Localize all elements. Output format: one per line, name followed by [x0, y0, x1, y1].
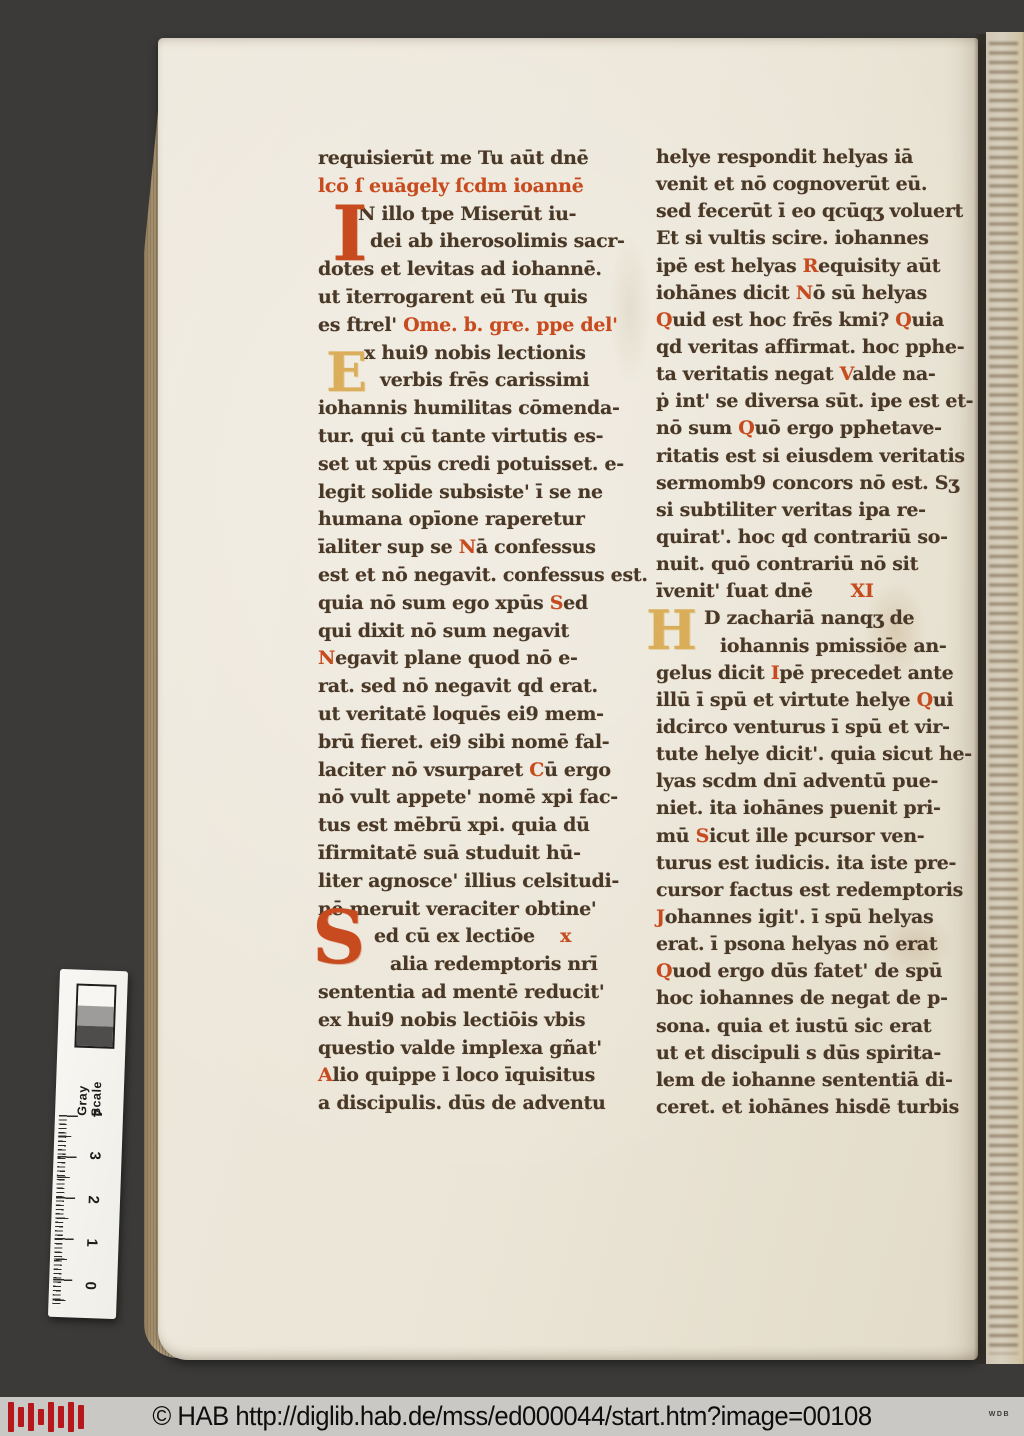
- manuscript-line: sententia ad mentē reducit': [318, 981, 654, 1009]
- manuscript-line: ut veritatē loquēs ei9 mem-: [318, 703, 654, 731]
- manuscript-line: ṗ int' se diversa sūt. ipe est et-: [656, 390, 980, 417]
- manuscript-line: iohānes dicit Nō sū helyas: [656, 282, 980, 309]
- manuscript-line: verbis frēs carissimi: [318, 369, 654, 397]
- manuscript-line: es ftrel' Ome. b. gre. ppe del': [318, 314, 654, 342]
- manuscript-line: tur. qui cū tante virtutis es-: [318, 425, 654, 453]
- manuscript-line: ipē est helyas Requisity aūt: [656, 255, 980, 282]
- manuscript-line: Quod ergo dūs fatet' de spū: [656, 960, 980, 987]
- ruler-number: 4: [87, 1108, 104, 1117]
- manuscript-line: cursor factus est redemptoris: [656, 879, 980, 906]
- ruler-cm-ticks: [52, 1115, 78, 1308]
- library-mark: WDB: [989, 1411, 1010, 1418]
- manuscript-line: helye respondit helyas iā: [656, 146, 980, 173]
- manuscript-line: quirat'. hoc qd contrariū so-: [656, 526, 980, 553]
- manuscript-line: N illo tpe Miserūt iu-: [318, 203, 654, 231]
- barcode-bar: [18, 1407, 24, 1427]
- ruler-ticks: [52, 1115, 79, 1308]
- manuscript-line: legit solide subsiste' ī se ne: [318, 481, 654, 509]
- manuscript-line: D zachariā nanqʒ de: [656, 607, 980, 634]
- ruler-number: 2: [84, 1195, 101, 1204]
- manuscript-line: nuit. quō contrariū nō sit: [656, 553, 980, 580]
- manuscript-line: īvenit' ſuat dnē XI: [656, 580, 980, 607]
- ruler-patch-white: [78, 986, 115, 1007]
- manuscript-line: a discipulis. dūs de adventu: [318, 1092, 654, 1120]
- barcode-bar: [8, 1402, 14, 1432]
- manuscript-line: ceret. et iohānes hisdē turbis: [656, 1096, 980, 1123]
- manuscript-line: Alio quippe ī loco īquisitus: [318, 1064, 654, 1092]
- manuscript-line: tus est mēbrū xpi. quia dū: [318, 814, 654, 842]
- manuscript-line: nō sum Quō ergo pphetave-: [656, 417, 980, 444]
- manuscript-line: si subtiliter veritas ipa re-: [656, 499, 980, 526]
- manuscript-line: ex hui9 nobis lectiōis vbis: [318, 1009, 654, 1037]
- manuscript-line: dotes et levitas ad iohannē.: [318, 258, 654, 286]
- page-gutter-shadow: [974, 34, 986, 1364]
- manuscript-line: hoc iohannes de negat de p-: [656, 987, 980, 1014]
- manuscript-line: brū fieret. ei9 sibi nomē fal-: [318, 731, 654, 759]
- manuscript-line: tute helye dicit'. quia sicut he-: [656, 743, 980, 770]
- manuscript-line: liter agnosce' illius celsitudi-: [318, 870, 654, 898]
- manuscript-line: ritatis est si eiusdem veritatis: [656, 445, 980, 472]
- manuscript-line: alia redemptoris nrī: [318, 953, 654, 981]
- digitized-manuscript-viewer: { "colors":{ "bg":"#3b3a38","band":"#c9c…: [0, 0, 1024, 1436]
- manuscript-line: ed cū ex lectiōe x: [318, 925, 654, 953]
- manuscript-line: ut et discipuli s dūs spirita-: [656, 1042, 980, 1069]
- right-text-column: helye respondit helyas iāvenit et nō cog…: [656, 146, 980, 1123]
- ruler-number: 3: [86, 1152, 103, 1161]
- manuscript-line: gelus dicit Ipē precedet ante: [656, 662, 980, 689]
- manuscript-line: rat. sed nō negavit qd erat.: [318, 675, 654, 703]
- manuscript-line: illū ī spū et virtute helye Qui: [656, 689, 980, 716]
- manuscript-line: lcō ſ euāgely ſcdm ioannē: [318, 175, 654, 203]
- manuscript-line: lem de iohanne sententiā di-: [656, 1069, 980, 1096]
- manuscript-line: īfirmitatē suā studuit hū-: [318, 842, 654, 870]
- manuscript-line: dei ab iherosolimis sacr-: [318, 230, 654, 258]
- manuscript-line: ut īterrogarent eū Tu quis: [318, 286, 654, 314]
- manuscript-line: questio valde implexa gñat': [318, 1037, 654, 1065]
- manuscript-line: lyas scdm dnī adventū pue-: [656, 770, 980, 797]
- copyright-caption: © HAB http://diglib.hab.de/mss/ed000044/…: [26, 1397, 999, 1436]
- manuscript-line: Quid est hoc frēs kmi? Quia: [656, 309, 980, 336]
- manuscript-line: sona. quia et iustū sic erat: [656, 1015, 980, 1042]
- manuscript-line: x hui9 nobis lectionis: [318, 342, 654, 370]
- ruler-gray-patches: [74, 984, 116, 1049]
- manuscript-line: Et si vultis scire. iohannes: [656, 227, 980, 254]
- ruler-patch-mid-gray: [77, 1006, 114, 1027]
- manuscript-line: Negavit plane quod nō e-: [318, 647, 654, 675]
- manuscript-line: Johannes igit'. ī spū helyas: [656, 906, 980, 933]
- manuscript-line: iohannis pmissiōe an-: [656, 635, 980, 662]
- manuscript-line: niet. ita iohānes puenit pri-: [656, 797, 980, 824]
- manuscript-line: humana opīone raperetur: [318, 508, 654, 536]
- facing-page-edge: [986, 32, 1024, 1364]
- manuscript-line: nō vult appete' nomē xpi fac-: [318, 786, 654, 814]
- manuscript-line: idcirco venturus ī spū et vir-: [656, 716, 980, 743]
- footer-band: © HAB http://diglib.hab.de/mss/ed000044/…: [0, 1397, 1024, 1436]
- manuscript-line: laciter nō vsurparet Cū ergo: [318, 759, 654, 787]
- manuscript-line: qd veritas affirmat. hoc pphe-: [656, 336, 980, 363]
- manuscript-line: qui dixit nō sum negavit: [318, 620, 654, 648]
- manuscript-line: quia nō sum ego xpūs Sed: [318, 592, 654, 620]
- manuscript-line: erat. ī psona helyas nō erat: [656, 933, 980, 960]
- manuscript-line: nē meruit veraciter obtine': [318, 898, 654, 926]
- manuscript-line: requisierūt me Tu aūt dnē: [318, 147, 654, 175]
- manuscript-line: sed fecerūt ī eo qcūqʒ voluert: [656, 200, 980, 227]
- manuscript-line: iohannis humilitas cōmenda-: [318, 397, 654, 425]
- manuscript-line: turus est iudicis. ita iste pre-: [656, 852, 980, 879]
- ruler-number: 0: [81, 1281, 98, 1290]
- gray-scale-ruler: Gray Scale 43210: [48, 969, 128, 1319]
- left-text-column: requisierūt me Tu aūt dnēlcō ſ euāgely ſ…: [318, 147, 654, 1120]
- manuscript-line: mū Sicut ille pcursor ven-: [656, 825, 980, 852]
- manuscript-line: ta veritatis negat Valde na-: [656, 363, 980, 390]
- ruler-numbers: 43210: [81, 1104, 106, 1295]
- ruler-patch-dark-gray: [76, 1026, 113, 1047]
- manuscript-line: īaliter sup se Nā confessus: [318, 536, 654, 564]
- manuscript-line: set ut xpūs credi potuisset. e-: [318, 453, 654, 481]
- ruler-number: 1: [83, 1238, 100, 1247]
- manuscript-line: venit et nō cognoverūt eū.: [656, 173, 980, 200]
- manuscript-line: sermomb9 concors nō est. Sʒ: [656, 472, 980, 499]
- manuscript-line: est et nō negavit. confessus est.: [318, 564, 654, 592]
- facing-page-text-blur: [989, 42, 1018, 1354]
